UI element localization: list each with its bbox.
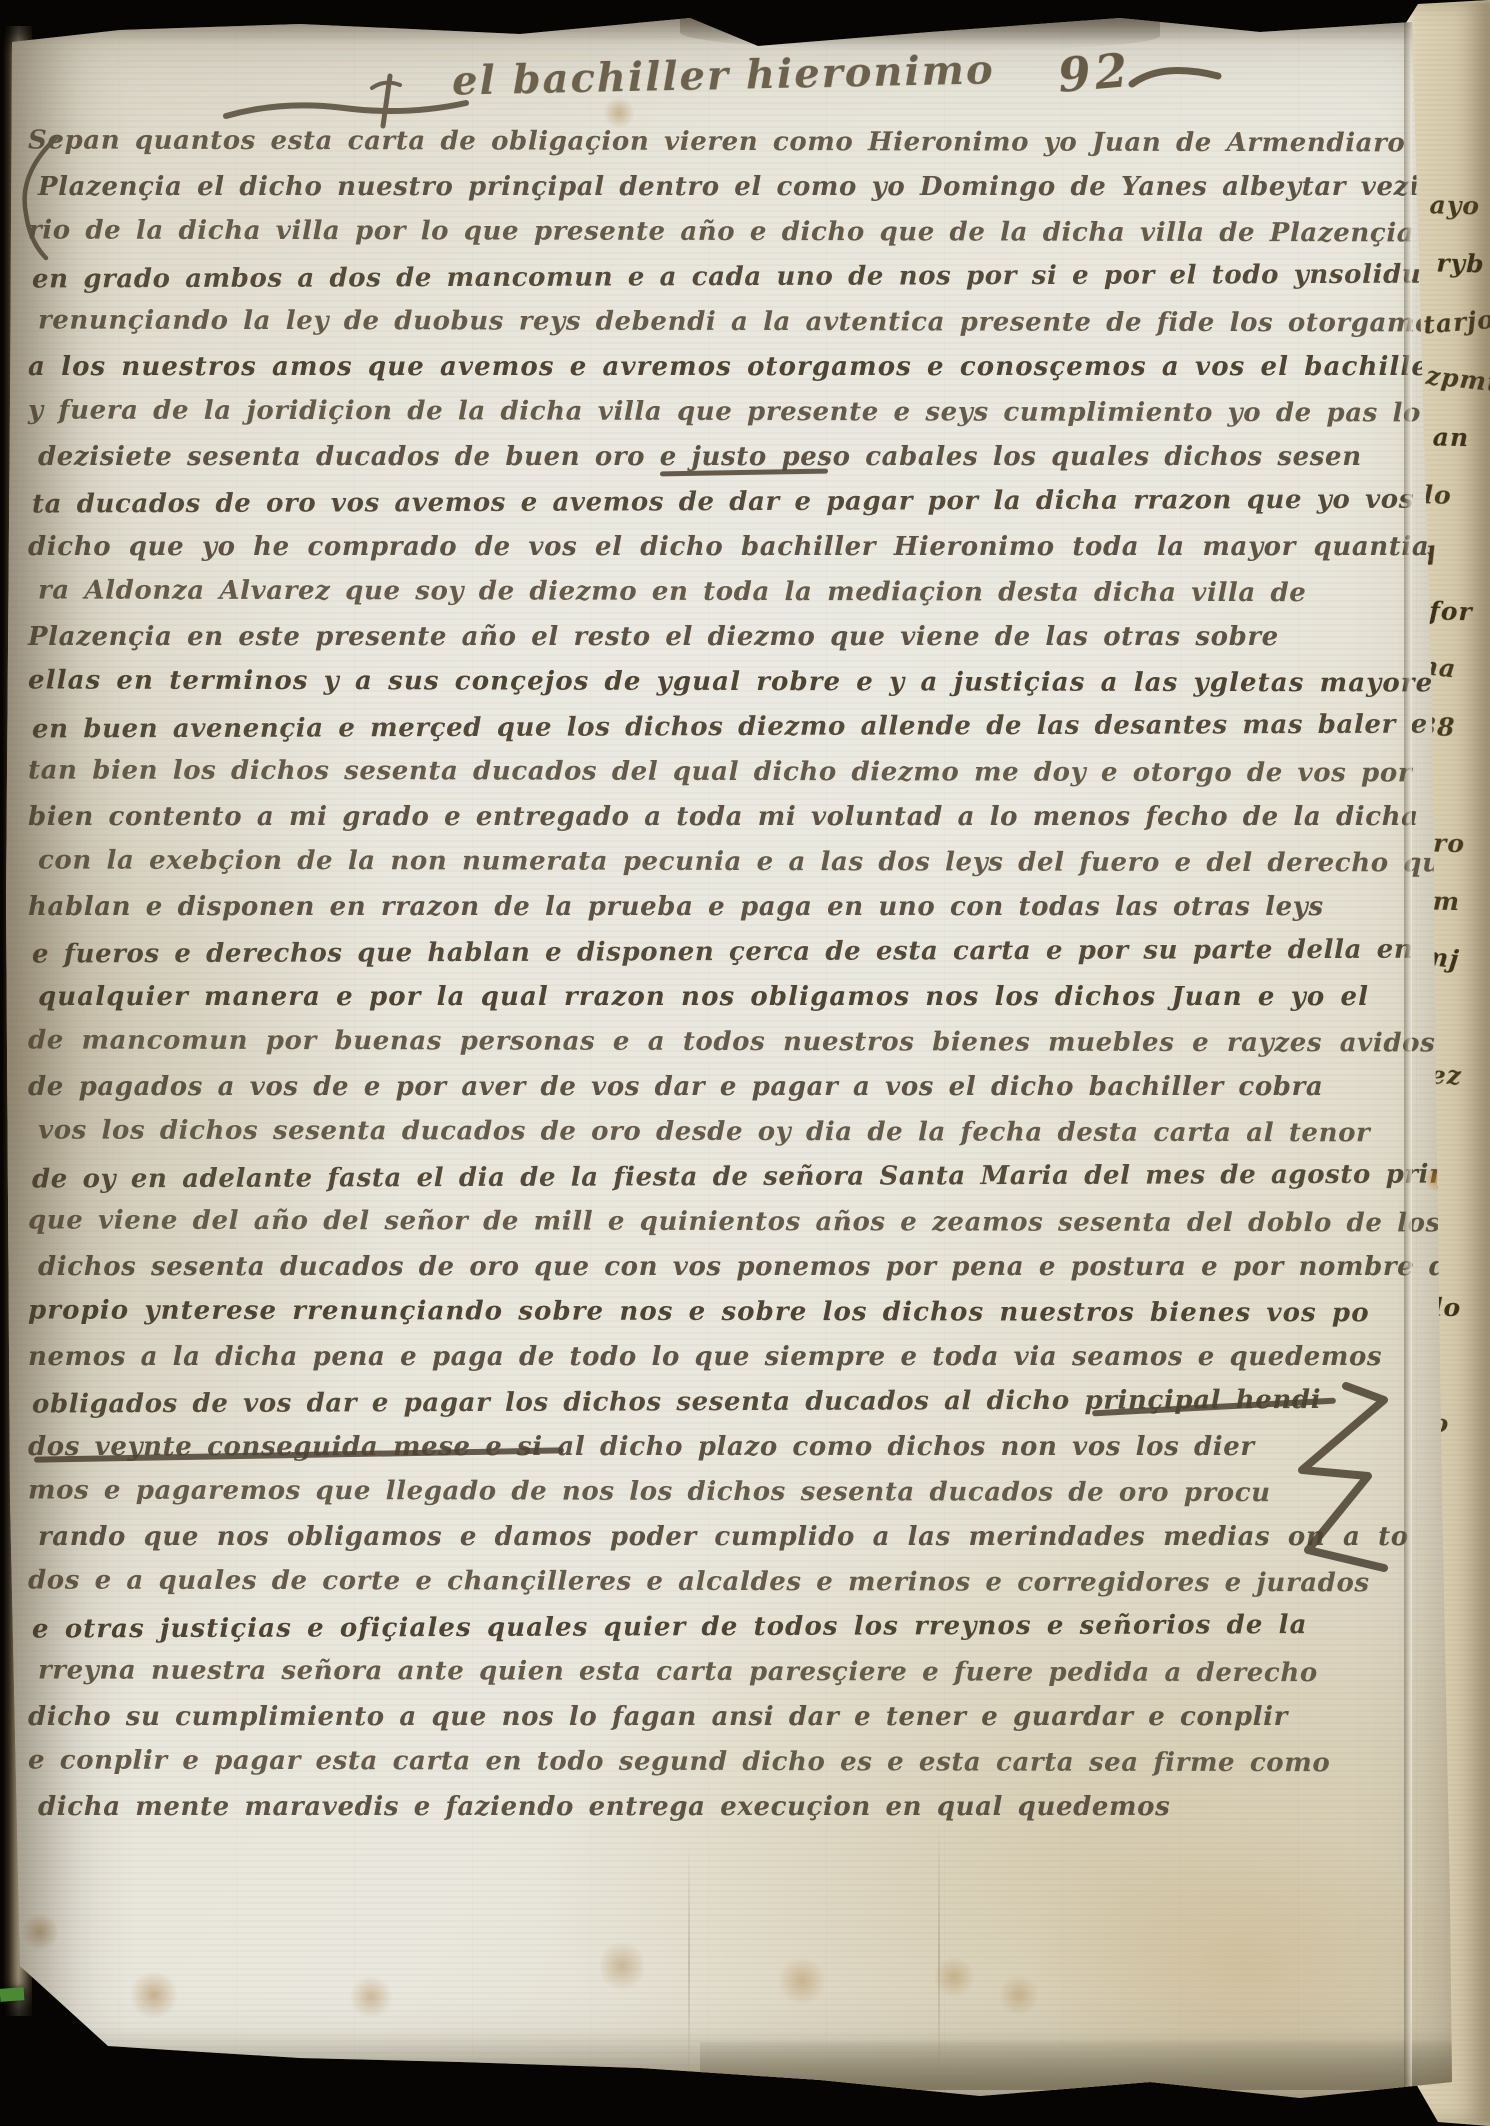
- folio-text-fragment: tarjo: [1422, 299, 1490, 345]
- folio-text-fragment: zpmũ: [1424, 356, 1490, 403]
- photo-background: ayo ryb tarjo zpmũ an lo d for na 38 r: [0, 0, 1490, 2126]
- folio-text-fragment: lo: [1423, 475, 1490, 516]
- folio-text-fragment: ayo: [1429, 185, 1490, 226]
- manuscript-page: el bachiller hieronimo 92 Sepan quantos …: [0, 0, 1490, 2126]
- folio-text-fragment: ryb: [1436, 244, 1490, 285]
- page-vignette: [0, 0, 1490, 2126]
- folio-text-fragment: an: [1432, 417, 1490, 458]
- green-ribbon-sliver: [0, 1987, 24, 2002]
- folio-text-fragment: for: [1429, 591, 1490, 632]
